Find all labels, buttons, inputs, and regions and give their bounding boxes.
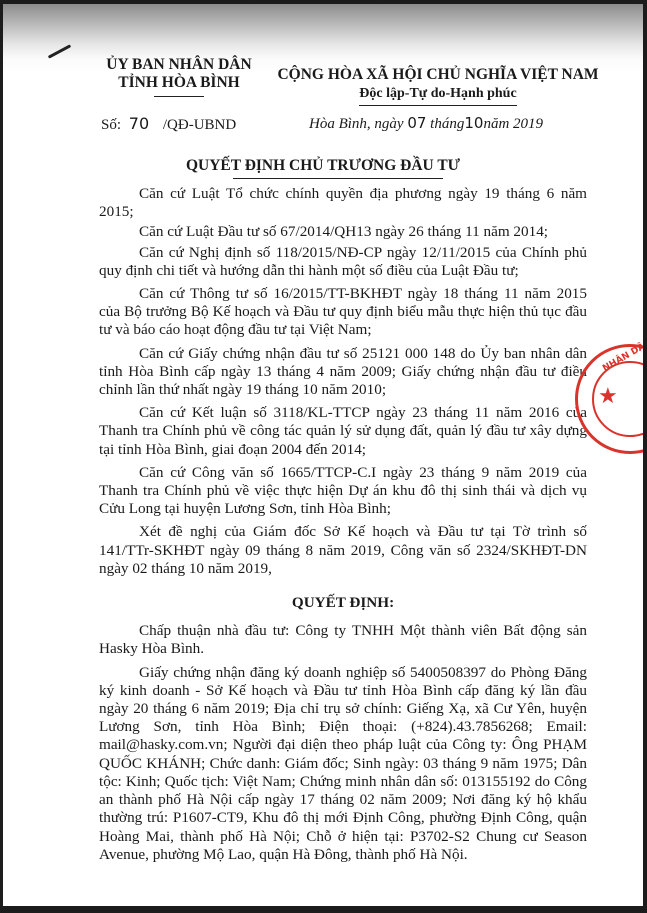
decision-paragraph: Chấp thuận nhà đầu tư: Công ty TNHH Một … [99,622,587,658]
date-day: 07 [407,114,426,132]
preamble-paragraph: Xét đề nghị của Giám đốc Sở Kế hoạch và … [99,523,587,578]
preamble-paragraph: Căn cứ Nghị định số 118/2015/NĐ-CP ngày … [99,244,587,280]
doc-number-label: Số: [101,117,121,133]
title-underline [233,178,443,179]
document-number: Số: 70 /QĐ-UBND [101,114,236,134]
preamble-paragraph: Căn cứ Luật Tổ chức chính quyền địa phươ… [99,185,587,221]
place-and-date: Hòa Bình, ngày 07 tháng10năm 2019 [309,114,543,133]
national-motto: CỘNG HÒA XÃ HỘI CHỦ NGHĨA VIỆT NAM Độc l… [273,66,603,106]
authority-line-2: TỈNH HÒA BÌNH [99,74,259,92]
preamble-paragraph: Căn cứ Công văn số 1665/TTCP-C.I ngày 23… [99,464,587,519]
doc-number-suffix: /QĐ-UBND [163,117,236,133]
country-name: CỘNG HÒA XÃ HỘI CHỦ NGHĨA VIỆT NAM [273,66,603,84]
document-title: QUYẾT ĐỊNH CHỦ TRƯƠNG ĐẦU TƯ [3,157,643,179]
authority-underline [154,96,204,97]
date-month: 10 [464,114,483,132]
pen-mark [48,44,71,58]
month-label: tháng [430,116,464,132]
issuing-authority: ỦY BAN NHÂN DÂN TỈNH HÒA BÌNH [99,56,259,97]
preamble-paragraph: Căn cứ Thông tư số 16/2015/TT-BKHĐT ngày… [99,285,587,340]
motto: Độc lập-Tự do-Hạnh phúc [359,85,516,106]
preamble-paragraph: Căn cứ Giấy chứng nhận đầu tư số 25121 0… [99,345,587,400]
preamble-paragraph: Căn cứ Kết luận số 3118/KL-TTCP ngày 23 … [99,404,587,459]
title-text: QUYẾT ĐỊNH CHỦ TRƯƠNG ĐẦU TƯ [186,157,460,174]
place-prefix: Hòa Bình, ngày [309,116,404,132]
year-label: năm 2019 [483,116,543,132]
decision-paragraph: Giấy chứng nhận đăng ký doanh nghiệp số … [99,664,587,864]
doc-number-value: 70 [129,114,149,133]
authority-line-1: ỦY BAN NHÂN DÂN [99,56,259,74]
decision-heading: QUYẾT ĐỊNH: [99,594,587,612]
preamble-paragraph: Căn cứ Luật Đầu tư số 67/2014/QH13 ngày … [99,223,587,241]
document-body: Căn cứ Luật Tổ chức chính quyền địa phươ… [99,185,587,869]
document-page: ỦY BAN NHÂN DÂN TỈNH HÒA BÌNH CỘNG HÒA X… [3,4,643,906]
star-icon: ★ [598,383,618,409]
